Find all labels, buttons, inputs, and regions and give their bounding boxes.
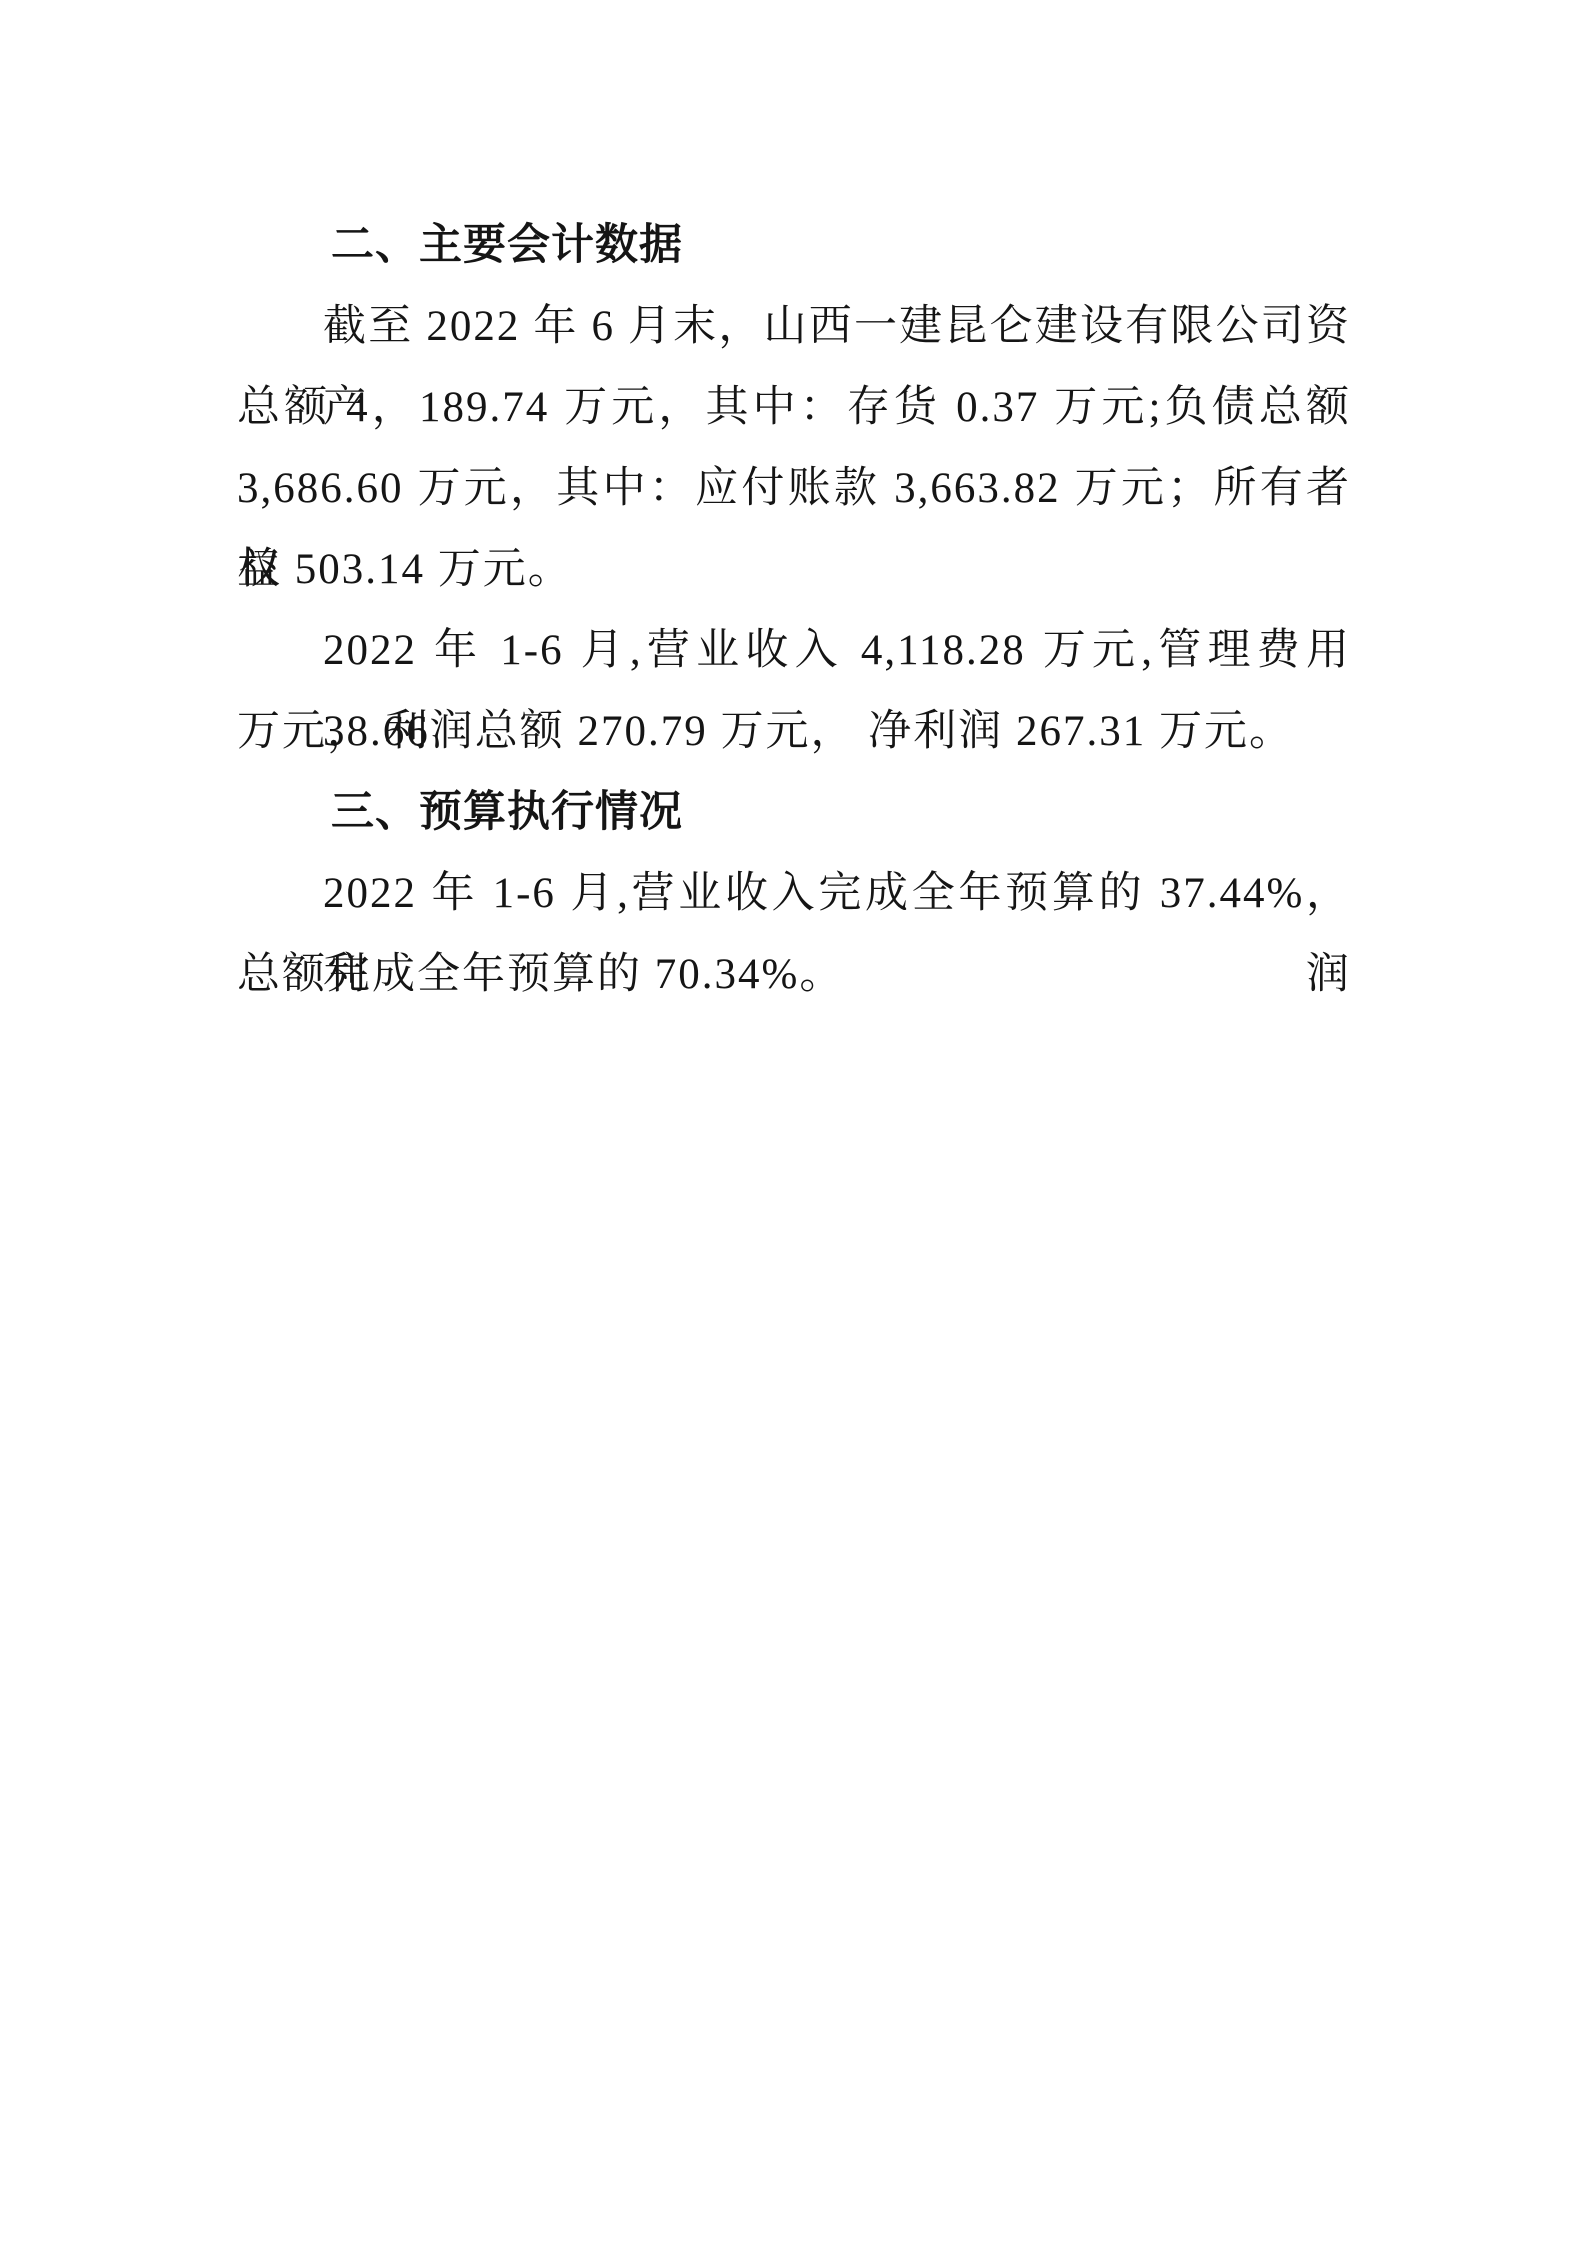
section-heading-accounting-data: 二、主要会计数据: [237, 205, 1351, 286]
paragraph-income-line-2: 万元， 利润总额 270.79 万元， 净利润 267.31 万元。: [237, 691, 1351, 772]
paragraph-assets-line-4: 益 503.14 万元。: [237, 529, 1351, 610]
paragraph-assets-line-1: 截至 2022 年 6 月末，山西一建昆仑建设有限公司资产: [237, 286, 1351, 367]
section-heading-budget-execution: 三、预算执行情况: [237, 772, 1351, 853]
paragraph-budget-line-1: 2022 年 1-6 月,营业收入完成全年预算的 37.44%， 利润: [237, 853, 1351, 934]
paragraph-assets-line-2: 总额 4，189.74 万元，其中：存货 0.37 万元;负债总额: [237, 367, 1351, 448]
document-page: 二、主要会计数据 截至 2022 年 6 月末，山西一建昆仑建设有限公司资产 总…: [0, 0, 1587, 2245]
paragraph-income-line-1: 2022 年 1-6 月,营业收入 4,118.28 万元,管理费用 38.66: [237, 610, 1351, 691]
paragraph-assets-line-3: 3,686.60 万元，其中：应付账款 3,663.82 万元；所有者权: [237, 448, 1351, 529]
report-text-block: 二、主要会计数据 截至 2022 年 6 月末，山西一建昆仑建设有限公司资产 总…: [237, 205, 1351, 1015]
